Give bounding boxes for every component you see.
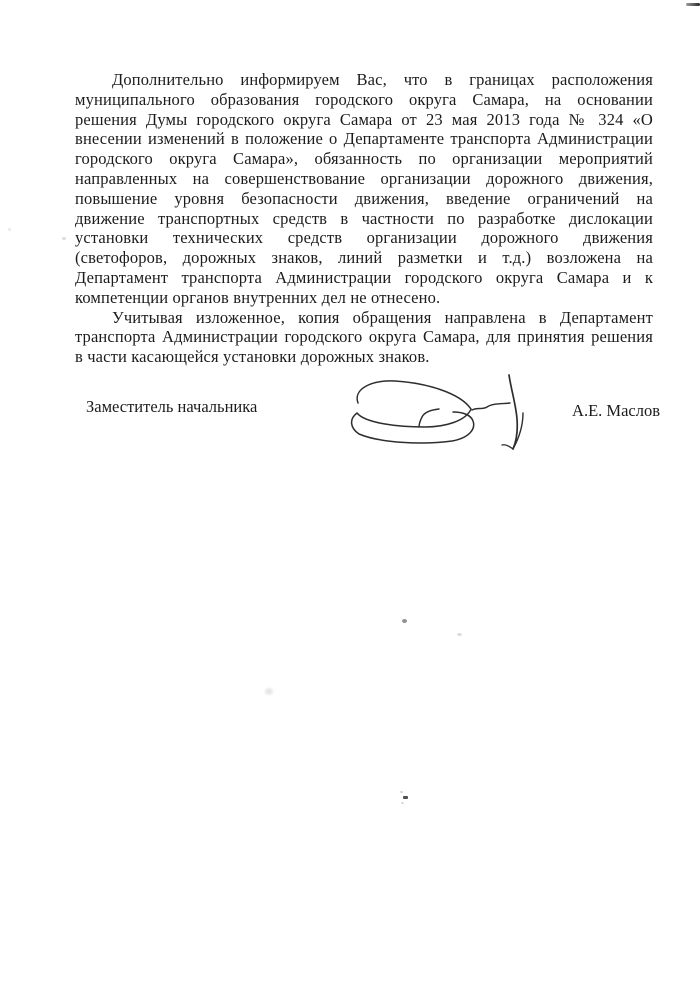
text-line: муниципального образования городского ок… [75,90,653,110]
scan-speck [401,802,404,804]
letter-body: Дополнительно информируем Вас, что в гра… [75,70,653,367]
scan-speck [457,633,462,636]
signer-name: А.Е. Маслов [572,401,660,420]
scanned-letter-page: Дополнительно информируем Вас, что в гра… [0,0,700,989]
text-line: внесении изменений в положение о Департа… [75,129,653,149]
scan-speck [265,688,273,695]
handwritten-signature-icon [335,365,580,460]
paragraph-2: Учитывая изложенное, копия обращения нап… [75,308,653,367]
text-line: городского округа Самара», обязанность п… [75,149,653,169]
text-line: установки технических средств организаци… [75,228,653,248]
text-line: направленных на совершенствование органи… [75,169,653,189]
signer-position-label: Заместитель начальника [86,397,257,416]
text-line: компетенции органов внутренних дел не от… [75,288,653,308]
scan-speck [400,791,403,793]
scan-artifact-dash [686,3,700,6]
text-line: Департамент транспорта Администрации гор… [75,268,653,288]
text-line: транспорта Администрации городского окру… [75,327,653,347]
text-line: в части касающейся установки дорожных зн… [75,347,653,367]
scan-speck [403,796,408,799]
text-line: Учитывая изложенное, копия обращения нап… [75,308,653,328]
text-line: повышение уровня безопасности движения, … [75,189,653,209]
text-line: Дополнительно информируем Вас, что в гра… [75,70,653,90]
scan-speck [62,237,66,240]
text-line: решения Думы городского округа Самара от… [75,110,653,130]
text-line: (светофоров, дорожных знаков, линий разм… [75,248,653,268]
text-line: движение транспортных средств в частност… [75,209,653,229]
paragraph-1: Дополнительно информируем Вас, что в гра… [75,70,653,308]
scan-speck [402,619,407,623]
scan-speck [8,228,11,231]
